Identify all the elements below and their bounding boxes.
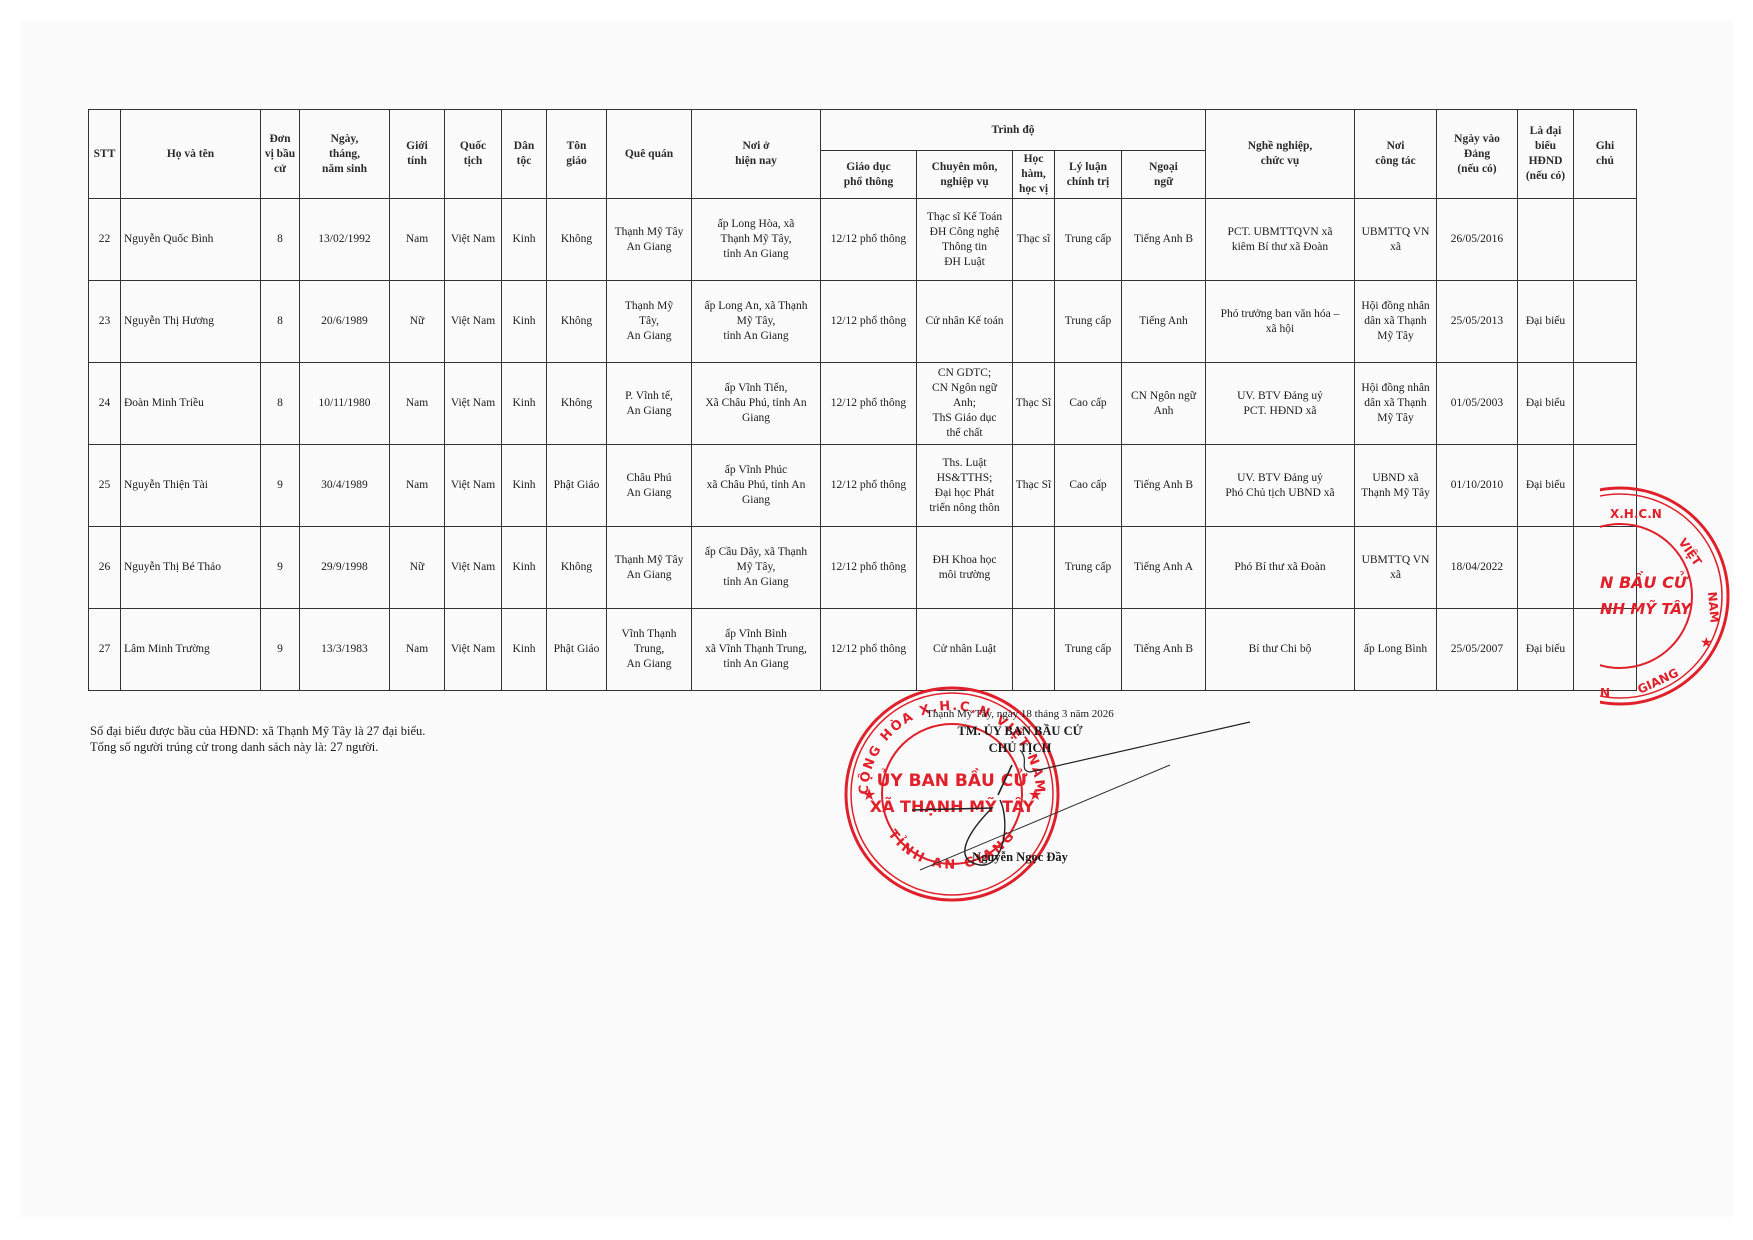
cell-party-date: 01/05/2003: [1437, 363, 1518, 445]
cell-ethnicity: Kinh: [502, 281, 547, 363]
header-qualification-group: Trình độ: [821, 110, 1206, 151]
cell-name: Lâm Minh Trường: [121, 609, 261, 691]
header-hometown: Quê quán: [607, 110, 692, 199]
summary-notes: Số đại biểu được bầu của HĐND: xã Thạnh …: [90, 723, 425, 755]
cell-unit: 9: [261, 527, 300, 609]
cell-residence: ấp Vĩnh Bình xã Vĩnh Thạnh Trung, tỉnh A…: [692, 609, 821, 691]
cell-unit: 8: [261, 281, 300, 363]
cell-gender: Nữ: [390, 281, 445, 363]
cell-political: Trung cấp: [1055, 199, 1122, 281]
header-ethnicity: Dân tộc: [502, 110, 547, 199]
cell-gender: Nam: [390, 363, 445, 445]
cell-political: Trung cấp: [1055, 609, 1122, 691]
cell-workplace: UBMTTQ VN xã: [1355, 527, 1437, 609]
header-stt: STT: [89, 110, 121, 199]
table-row: 27Lâm Minh Trường913/3/1983NamViệt NamKi…: [89, 609, 1637, 691]
cell-ethnicity: Kinh: [502, 363, 547, 445]
cell-nationality: Việt Nam: [445, 281, 502, 363]
cell-occupation: Phó trưởng ban văn hóa – xã hội: [1206, 281, 1355, 363]
cell-degree: [1013, 281, 1055, 363]
cell-stt: 23: [89, 281, 121, 363]
cell-dob: 29/9/1998: [300, 527, 390, 609]
cell-residence: ấp Cầu Dây, xã Thạnh Mỹ Tây, tỉnh An Gia…: [692, 527, 821, 609]
cell-general-edu: 12/12 phổ thông: [821, 609, 917, 691]
cell-occupation: UV. BTV Đảng uỷ Phó Chủ tịch UBND xã: [1206, 445, 1355, 527]
cell-specialty: Cử nhân Luật: [917, 609, 1013, 691]
cell-political: Cao cấp: [1055, 363, 1122, 445]
header-note: Ghi chú: [1574, 110, 1637, 199]
cell-name: Đoàn Minh Triều: [121, 363, 261, 445]
cell-specialty: Cử nhân Kế toán: [917, 281, 1013, 363]
cell-specialty: Thạc sĩ Kế Toán ĐH Công nghệ Thông tin Đ…: [917, 199, 1013, 281]
table-row: 22Nguyễn Quốc Bình813/02/1992NamViệt Nam…: [89, 199, 1637, 281]
cell-note: [1574, 527, 1637, 609]
cell-note: [1574, 609, 1637, 691]
cell-dob: 20/6/1989: [300, 281, 390, 363]
cell-occupation: Bí thư Chi bộ: [1206, 609, 1355, 691]
cell-workplace: UBND xã Thạnh Mỹ Tây: [1355, 445, 1437, 527]
cell-hdnd-delegate: Đại biểu: [1518, 281, 1574, 363]
cell-occupation: PCT. UBMTTQVN xã kiêm Bí thư xã Đoàn: [1206, 199, 1355, 281]
cell-language: Tiếng Anh B: [1122, 199, 1206, 281]
header-hdnd-delegate: Là đại biểu HĐND (nếu có): [1518, 110, 1574, 199]
cell-hometown: Thạnh Mỹ Tây An Giang: [607, 527, 692, 609]
cell-gender: Nữ: [390, 527, 445, 609]
table-row: 26Nguyễn Thị Bé Thảo929/9/1998NữViệt Nam…: [89, 527, 1637, 609]
table-row: 25Nguyễn Thiện Tài930/4/1989NamViệt NamK…: [89, 445, 1637, 527]
cell-party-date: 26/05/2016: [1437, 199, 1518, 281]
cell-nationality: Việt Nam: [445, 609, 502, 691]
position-title: CHỦ TỊCH: [880, 740, 1160, 757]
cell-degree: Thạc sĩ: [1013, 199, 1055, 281]
cell-hdnd-delegate: [1518, 199, 1574, 281]
cell-stt: 26: [89, 527, 121, 609]
header-dob: Ngày, tháng, năm sinh: [300, 110, 390, 199]
cell-degree: [1013, 609, 1055, 691]
cell-general-edu: 12/12 phổ thông: [821, 199, 917, 281]
cell-hdnd-delegate: Đại biểu: [1518, 609, 1574, 691]
cell-unit: 9: [261, 445, 300, 527]
cell-language: Tiếng Anh B: [1122, 445, 1206, 527]
cell-religion: Không: [547, 199, 607, 281]
header-residence: Nơi ở hiện nay: [692, 110, 821, 199]
signer-name: Nguyễn Ngọc Đầy: [880, 849, 1160, 866]
cell-hdnd-delegate: [1518, 527, 1574, 609]
cell-gender: Nam: [390, 445, 445, 527]
cell-party-date: 25/05/2013: [1437, 281, 1518, 363]
header-party-date: Ngày vào Đảng (nếu có): [1437, 110, 1518, 199]
cell-workplace: ấp Long Bình: [1355, 609, 1437, 691]
header-specialty: Chuyên môn, nghiệp vụ: [917, 151, 1013, 199]
cell-stt: 27: [89, 609, 121, 691]
cell-political: Trung cấp: [1055, 527, 1122, 609]
cell-note: [1574, 199, 1637, 281]
cell-stt: 24: [89, 363, 121, 445]
cell-party-date: 25/05/2007: [1437, 609, 1518, 691]
elected-delegates-table: STT Họ và tên Đơn vị bầu cử Ngày, tháng,…: [88, 109, 1637, 691]
cell-political: Trung cấp: [1055, 281, 1122, 363]
cell-note: [1574, 281, 1637, 363]
cell-nationality: Việt Nam: [445, 527, 502, 609]
header-general-edu: Giáo dục phổ thông: [821, 151, 917, 199]
cell-dob: 13/3/1983: [300, 609, 390, 691]
header-name: Họ và tên: [121, 110, 261, 199]
cell-general-edu: 12/12 phổ thông: [821, 363, 917, 445]
cell-general-edu: 12/12 phổ thông: [821, 527, 917, 609]
cell-hdnd-delegate: Đại biểu: [1518, 363, 1574, 445]
header-religion: Tôn giáo: [547, 110, 607, 199]
cell-residence: ấp Long Hòa, xã Thạnh Mỹ Tây, tỉnh An Gi…: [692, 199, 821, 281]
cell-specialty: CN GDTC; CN Ngôn ngữ Anh; ThS Giáo dục t…: [917, 363, 1013, 445]
cell-political: Cao cấp: [1055, 445, 1122, 527]
cell-ethnicity: Kinh: [502, 609, 547, 691]
cell-religion: Không: [547, 281, 607, 363]
cell-residence: ấp Vĩnh Tiến, Xã Châu Phú, tỉnh An Giang: [692, 363, 821, 445]
cell-party-date: 18/04/2022: [1437, 527, 1518, 609]
cell-note: [1574, 445, 1637, 527]
cell-gender: Nam: [390, 609, 445, 691]
cell-specialty: ĐH Khoa học môi trường: [917, 527, 1013, 609]
on-behalf-title: TM. ỦY BAN BẦU CỬ: [880, 723, 1160, 740]
cell-dob: 30/4/1989: [300, 445, 390, 527]
cell-general-edu: 12/12 phổ thông: [821, 445, 917, 527]
cell-religion: Không: [547, 527, 607, 609]
header-gender: Giới tính: [390, 110, 445, 199]
cell-language: Tiếng Anh B: [1122, 609, 1206, 691]
cell-name: Nguyễn Thiện Tài: [121, 445, 261, 527]
cell-stt: 22: [89, 199, 121, 281]
cell-religion: Không: [547, 363, 607, 445]
cell-name: Nguyễn Quốc Bình: [121, 199, 261, 281]
header-nationality: Quốc tịch: [445, 110, 502, 199]
header-unit: Đơn vị bầu cử: [261, 110, 300, 199]
cell-degree: [1013, 527, 1055, 609]
cell-specialty: Ths. Luật HS&TTHS; Đại học Phát triển nô…: [917, 445, 1013, 527]
cell-hometown: Thạnh Mỹ Tây An Giang: [607, 199, 692, 281]
cell-nationality: Việt Nam: [445, 199, 502, 281]
cell-hometown: Thạnh Mỹ Tây, An Giang: [607, 281, 692, 363]
place-date: Thạnh Mỹ Tây, ngày 18 tháng 3 năm 2026: [880, 706, 1160, 723]
table-row: 24Đoàn Minh Triều810/11/1980NamViệt NamK…: [89, 363, 1637, 445]
signature-block: Thạnh Mỹ Tây, ngày 18 tháng 3 năm 2026 T…: [880, 706, 1160, 866]
cell-ethnicity: Kinh: [502, 527, 547, 609]
cell-gender: Nam: [390, 199, 445, 281]
header-degree: Học hàm, học vị: [1013, 151, 1055, 199]
cell-degree: Thạc Sĩ: [1013, 445, 1055, 527]
cell-ethnicity: Kinh: [502, 199, 547, 281]
cell-unit: 9: [261, 609, 300, 691]
cell-hdnd-delegate: Đại biểu: [1518, 445, 1574, 527]
cell-nationality: Việt Nam: [445, 363, 502, 445]
note-delegate-count: Số đại biểu được bầu của HĐND: xã Thạnh …: [90, 723, 425, 739]
cell-nationality: Việt Nam: [445, 445, 502, 527]
cell-occupation: UV. BTV Đảng uỷ PCT. HĐND xã: [1206, 363, 1355, 445]
cell-language: Tiếng Anh: [1122, 281, 1206, 363]
cell-workplace: Hội đồng nhân dân xã Thạnh Mỹ Tây: [1355, 281, 1437, 363]
header-political: Lý luận chính trị: [1055, 151, 1122, 199]
cell-residence: ấp Long An, xã Thạnh Mỹ Tây, tỉnh An Gia…: [692, 281, 821, 363]
header-language: Ngoại ngữ: [1122, 151, 1206, 199]
cell-note: [1574, 363, 1637, 445]
cell-language: Tiếng Anh A: [1122, 527, 1206, 609]
header-occupation: Nghề nghiệp, chức vụ: [1206, 110, 1355, 199]
cell-name: Nguyễn Thị Bé Thảo: [121, 527, 261, 609]
cell-residence: ấp Vĩnh Phúc xã Châu Phú, tỉnh An Giang: [692, 445, 821, 527]
cell-unit: 8: [261, 199, 300, 281]
cell-workplace: UBMTTQ VN xã: [1355, 199, 1437, 281]
cell-ethnicity: Kinh: [502, 445, 547, 527]
header-workplace: Nơi công tác: [1355, 110, 1437, 199]
cell-name: Nguyễn Thị Hương: [121, 281, 261, 363]
cell-degree: Thạc Sĩ: [1013, 363, 1055, 445]
cell-occupation: Phó Bí thư xã Đoàn: [1206, 527, 1355, 609]
cell-general-edu: 12/12 phổ thông: [821, 281, 917, 363]
cell-religion: Phật Giáo: [547, 445, 607, 527]
cell-dob: 13/02/1992: [300, 199, 390, 281]
cell-unit: 8: [261, 363, 300, 445]
note-elected-total: Tổng số người trúng cử trong danh sách n…: [90, 739, 425, 755]
cell-hometown: P. Vĩnh tế, An Giang: [607, 363, 692, 445]
cell-party-date: 01/10/2010: [1437, 445, 1518, 527]
cell-stt: 25: [89, 445, 121, 527]
cell-hometown: Vĩnh Thạnh Trung, An Giang: [607, 609, 692, 691]
cell-dob: 10/11/1980: [300, 363, 390, 445]
cell-workplace: Hội đồng nhân dân xã Thạnh Mỹ Tây: [1355, 363, 1437, 445]
table-row: 23Nguyễn Thị Hương820/6/1989NữViệt NamKi…: [89, 281, 1637, 363]
cell-language: CN Ngôn ngữ Anh: [1122, 363, 1206, 445]
cell-religion: Phật Giáo: [547, 609, 607, 691]
cell-hometown: Châu Phú An Giang: [607, 445, 692, 527]
